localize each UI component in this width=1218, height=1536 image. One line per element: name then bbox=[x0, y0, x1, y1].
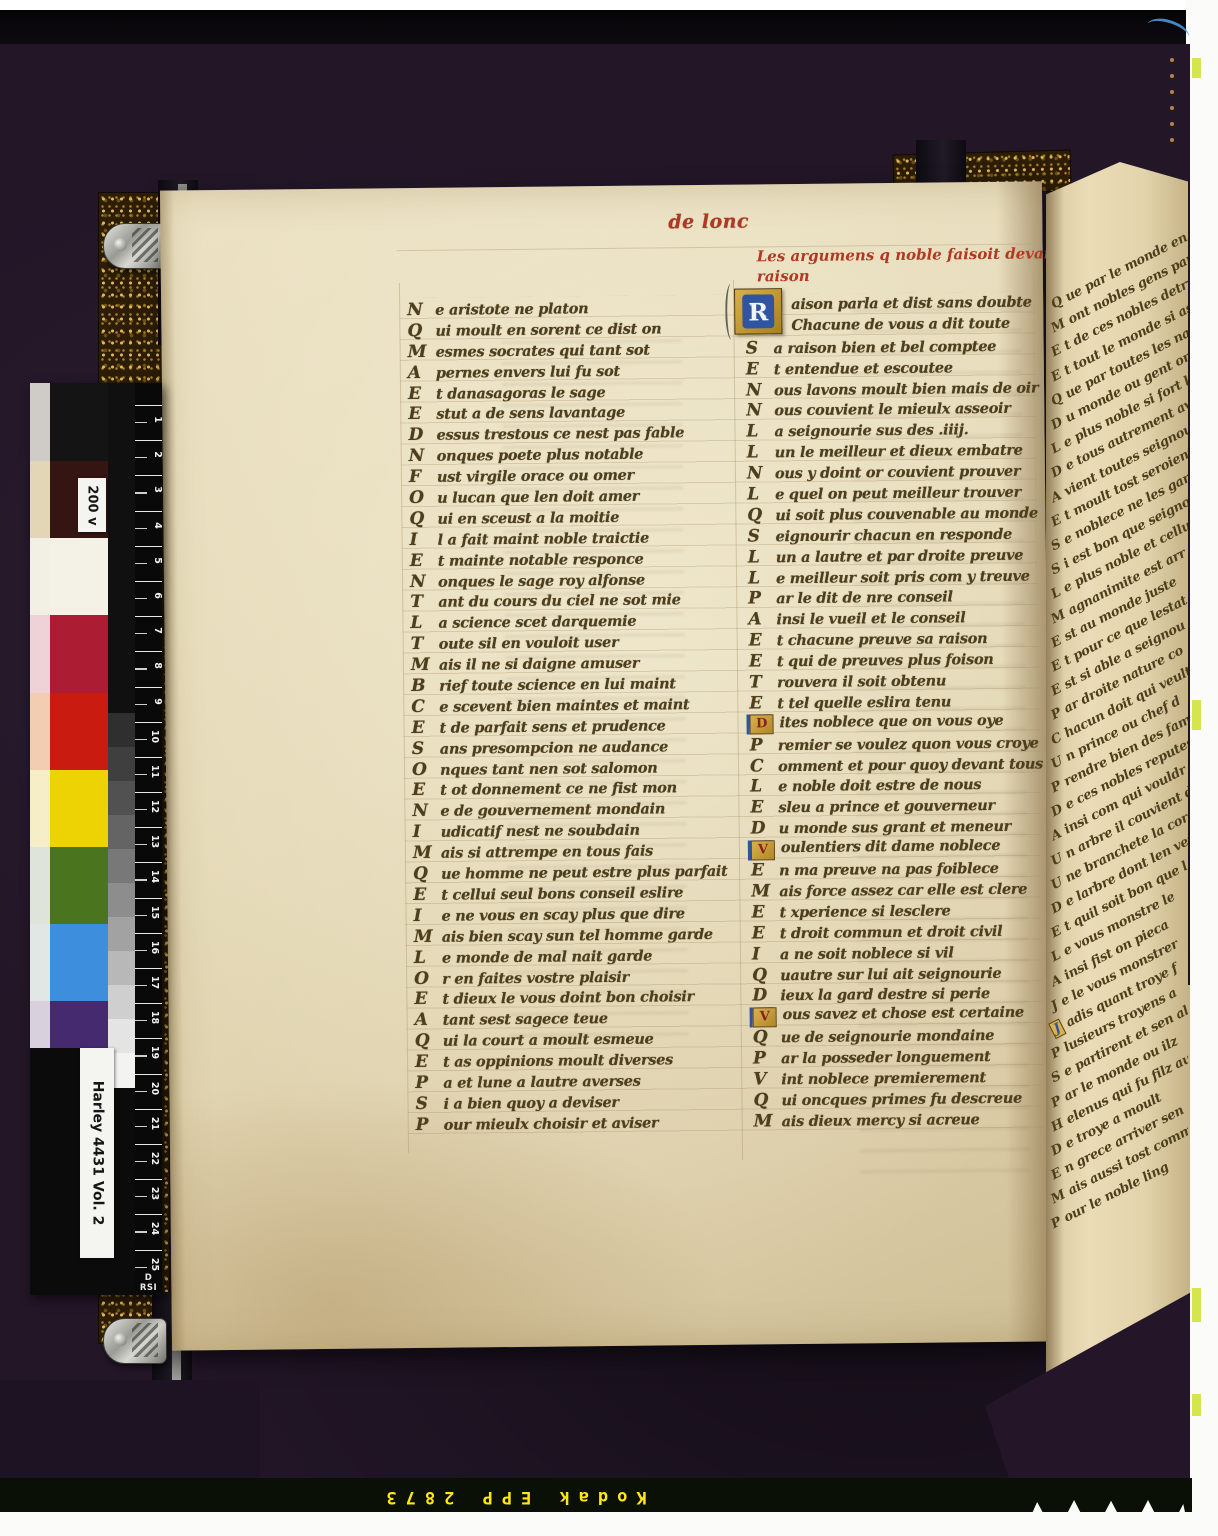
color-patch bbox=[50, 383, 108, 461]
ruler-tick: 22 bbox=[135, 1144, 162, 1179]
line-text: ais si attrempe en tous fais bbox=[441, 843, 653, 862]
line-initial: V bbox=[753, 1007, 777, 1027]
ruler-number: 14 bbox=[149, 870, 160, 883]
line-initial: L bbox=[747, 442, 775, 462]
line-initial: Q bbox=[753, 1090, 781, 1110]
line-text: e de gouvernement mondain bbox=[440, 801, 665, 820]
ruler-number: 6 bbox=[152, 592, 163, 599]
line-text: ui moult en sorent ce dist on bbox=[435, 320, 661, 339]
line-text: t mainte notable responce bbox=[438, 550, 644, 569]
line-text: t cellui seul bons conseil eslire bbox=[441, 884, 683, 904]
line-text: ar le dit de nre conseil bbox=[776, 589, 953, 608]
line-text: t tel quelle eslira tenu bbox=[777, 693, 951, 712]
grayscale-patch bbox=[108, 747, 135, 781]
grayscale-patch bbox=[108, 383, 135, 713]
line-text: rief toute science en lui maint bbox=[439, 675, 676, 694]
ruler-tick: 7 bbox=[135, 616, 162, 651]
line-initial: Q bbox=[413, 864, 441, 884]
grayscale-patch bbox=[108, 781, 135, 815]
shelfmark-label: Harley 4431 Vol. 2 bbox=[80, 1048, 114, 1258]
ruler-tick: 18 bbox=[135, 1003, 162, 1038]
ruler-number: 24 bbox=[149, 1222, 160, 1235]
line-text: i a bien quoy a deviser bbox=[443, 1094, 618, 1113]
ruler-tick: 19 bbox=[135, 1038, 162, 1073]
line-initial: V bbox=[753, 1069, 781, 1089]
line-text: remier se voulez quon vous croye bbox=[778, 734, 1039, 754]
backdrop-pin bbox=[1170, 106, 1174, 110]
line-initial: I bbox=[413, 906, 441, 926]
line-text: ui en sceust a la moitie bbox=[437, 509, 619, 528]
line-initial: L bbox=[748, 547, 776, 567]
running-title: de lonc bbox=[668, 210, 749, 233]
ruler-number: 15 bbox=[149, 906, 160, 919]
line-text: ans presompcion ne audance bbox=[440, 738, 668, 757]
backdrop-pin bbox=[1170, 90, 1174, 94]
color-patch bbox=[30, 693, 50, 770]
line-text: esmes socrates qui tant sot bbox=[436, 341, 650, 360]
color-patch bbox=[30, 383, 50, 461]
line-text: un le meilleur et dieux embatre bbox=[775, 442, 1023, 462]
line-text: l a fait maint noble traictie bbox=[438, 529, 650, 548]
line-initial: D bbox=[749, 715, 773, 735]
line-text: t chacune preuve sa raison bbox=[777, 630, 988, 649]
line-initial: A bbox=[748, 610, 776, 630]
color-patch bbox=[30, 1001, 50, 1048]
ruler-number: 5 bbox=[152, 557, 163, 564]
line-initial: E bbox=[408, 383, 436, 403]
film-edge-marking bbox=[1192, 1394, 1201, 1416]
ruler-number: 9 bbox=[152, 698, 163, 705]
line-initial: M bbox=[413, 843, 441, 863]
film-edge-top bbox=[0, 10, 1218, 46]
ruler-tick: 2 bbox=[135, 440, 162, 475]
line-text: eignourir chacun en responde bbox=[776, 526, 1013, 545]
ruler-tick: 5 bbox=[135, 546, 162, 581]
line-initial: N bbox=[746, 380, 774, 400]
ruler-tick: 12 bbox=[135, 792, 162, 827]
line-initial: E bbox=[750, 798, 778, 818]
line-initial: Q bbox=[415, 1031, 443, 1051]
line-initial: A bbox=[408, 362, 436, 382]
line-initial: S bbox=[746, 338, 774, 358]
ruler-number: 7 bbox=[152, 627, 163, 634]
line-text: ui oncques primes fu descreue bbox=[781, 1090, 1022, 1110]
rubric-line: raison bbox=[757, 263, 1067, 286]
line-initial: P bbox=[750, 735, 778, 755]
color-patch bbox=[30, 770, 50, 847]
line-initial: E bbox=[408, 404, 436, 424]
chapter-rubric: Les argumens q noble faisoit devant rais… bbox=[757, 243, 1067, 286]
line-initial: E bbox=[749, 693, 777, 713]
line-initial: E bbox=[751, 902, 779, 922]
ruler-number: 18 bbox=[149, 1011, 160, 1024]
ruler-tick: 24 bbox=[135, 1214, 162, 1249]
line-text: oute sil en vouloit user bbox=[439, 634, 619, 653]
line-initial: Q bbox=[409, 509, 437, 529]
line-initial: P bbox=[748, 589, 776, 609]
color-patch bbox=[50, 847, 108, 924]
line-initial: E bbox=[751, 860, 779, 880]
ruler-tick: 8 bbox=[135, 651, 162, 686]
grayscale-patch bbox=[108, 951, 135, 985]
ruler-number: 2 bbox=[152, 451, 163, 458]
line-initial: E bbox=[415, 1052, 443, 1072]
line-text: a raison bien et bel comptee bbox=[774, 338, 997, 357]
line-text: udicatif nest ne soubdain bbox=[441, 822, 640, 841]
line-text: oulentiers dit dame noblece bbox=[781, 837, 1001, 856]
line-text: u lucan que len doit amer bbox=[437, 488, 639, 507]
line-initial: N bbox=[407, 300, 435, 320]
ruler-number: 25 bbox=[149, 1257, 160, 1270]
line-text: Chacune de vous a dit toute bbox=[791, 315, 1010, 334]
line-text: e aristote ne platon bbox=[435, 300, 588, 319]
ruler-number: 12 bbox=[149, 800, 160, 813]
ruler-footer-label: D RSI bbox=[135, 1273, 162, 1293]
ruler-number: 1 bbox=[152, 416, 163, 423]
line-initial: M bbox=[408, 342, 436, 362]
line-initial: E bbox=[411, 718, 439, 738]
line-initial: P bbox=[753, 1048, 781, 1068]
line-text: ous y doint or couvient prouver bbox=[775, 463, 1021, 483]
ruler-number: 19 bbox=[149, 1046, 160, 1059]
line-text: sleu a prince et gouverneur bbox=[778, 797, 994, 816]
line-initial: Q bbox=[753, 1027, 781, 1047]
ruler-tick: 21 bbox=[135, 1109, 162, 1144]
color-patch bbox=[50, 1001, 108, 1048]
line-initial: L bbox=[746, 422, 774, 442]
film-edge-marking bbox=[1192, 700, 1201, 730]
backdrop-pin bbox=[1170, 138, 1174, 142]
line-text: stut a de sens lavantage bbox=[436, 404, 625, 423]
line-initial: S bbox=[747, 526, 775, 546]
ruler-tick: 1 bbox=[135, 405, 162, 440]
ruler-tick: 15 bbox=[135, 898, 162, 933]
line-initial: E bbox=[749, 651, 777, 671]
color-patch bbox=[50, 770, 108, 847]
line-text: ue homme ne peut estre plus parfait bbox=[441, 863, 728, 883]
text-column-right: aison parla et dist sans doubte Chacune … bbox=[745, 293, 1047, 1132]
line-initial: E bbox=[410, 550, 438, 570]
line-text: ous lavons moult bien mais de oir bbox=[774, 379, 1038, 399]
line-initial: M bbox=[754, 1111, 782, 1131]
line-text: t danasagoras le sage bbox=[436, 384, 605, 403]
grayscale-patch bbox=[108, 815, 135, 849]
line-initial: L bbox=[410, 613, 438, 633]
ruler-tick: 16 bbox=[135, 933, 162, 968]
line-text: ar la posseder longuement bbox=[781, 1048, 991, 1067]
metal-clip-top bbox=[103, 223, 167, 269]
ruler-number: 8 bbox=[152, 663, 163, 670]
film-edge-marking bbox=[1192, 1288, 1201, 1322]
calibration-pale-column bbox=[30, 383, 50, 1295]
color-patch bbox=[50, 924, 108, 1001]
line-text: u monde sus grant et meneur bbox=[779, 818, 1011, 837]
line-initial: C bbox=[411, 697, 439, 717]
line-text: ais bien scay sun tel homme garde bbox=[442, 926, 713, 946]
line-initial: L bbox=[750, 777, 778, 797]
line-initial: L bbox=[414, 947, 442, 967]
line-initial: T bbox=[411, 634, 439, 654]
ruler-number: 20 bbox=[149, 1081, 160, 1094]
line-initial: E bbox=[412, 780, 440, 800]
line-text: tant sest sagece teue bbox=[443, 1010, 608, 1029]
ruler-number: 17 bbox=[149, 976, 160, 989]
line-text: e monde de mal nait garde bbox=[442, 947, 652, 966]
manuscript-page-facing: Que par le monde en touMont nobles gens … bbox=[1046, 162, 1188, 1464]
line-text: e scevent bien maintes et maint bbox=[439, 696, 689, 716]
ruler-number: 3 bbox=[152, 487, 163, 494]
ruler-tick: 9 bbox=[135, 687, 162, 722]
ruler-tick: 6 bbox=[135, 581, 162, 616]
line-text: a ne soit noblece si vil bbox=[780, 944, 954, 963]
line-initial: M bbox=[414, 926, 442, 946]
ruler-tick: 20 bbox=[135, 1074, 162, 1109]
line-initial: N bbox=[412, 801, 440, 821]
line-initial: P bbox=[416, 1114, 444, 1134]
ruler-tick: 4 bbox=[135, 511, 162, 546]
line-text: ieux la gard destre si perie bbox=[780, 985, 990, 1004]
line-initial: M bbox=[411, 655, 439, 675]
line-initial: I bbox=[413, 822, 441, 842]
line-initial: O bbox=[412, 759, 440, 779]
ruler-tick: 14 bbox=[135, 862, 162, 897]
ruler-number: 16 bbox=[149, 941, 160, 954]
line-text: omment et pour quoy devant tous bbox=[778, 755, 1043, 775]
line-initial: S bbox=[415, 1094, 443, 1114]
line-initial: N bbox=[409, 446, 437, 466]
ruler-scale: 1234567891011121314151617181920212223242… bbox=[135, 405, 162, 1285]
film-stock-label: Kodak EPP 2873 bbox=[292, 1482, 732, 1512]
line-initial: C bbox=[750, 756, 778, 776]
line-text: a seignourie sus des .iiij. bbox=[774, 422, 968, 441]
line-text: insi le vueil et le conseil bbox=[776, 610, 965, 629]
line-text: t as oppinions moult diverses bbox=[443, 1051, 673, 1070]
line-initial: N bbox=[747, 463, 775, 483]
line-text: nques tant nen sot salomon bbox=[440, 759, 658, 778]
line-text: t droit commun et droit civil bbox=[780, 923, 1003, 942]
line-text: essus trestous ce nest pas fable bbox=[436, 425, 684, 445]
line-text: un a lautre et par droite preuve bbox=[776, 546, 1024, 566]
line-initial: I bbox=[410, 530, 438, 550]
line-text: a science scet darquemie bbox=[438, 613, 636, 632]
grayscale-patch bbox=[108, 713, 135, 747]
line-initial: S bbox=[412, 738, 440, 758]
line-text: ous savez et chose est certaine bbox=[783, 1004, 1024, 1024]
line-initial: E bbox=[746, 359, 774, 379]
color-patch bbox=[50, 693, 108, 770]
line-initial: E bbox=[414, 989, 442, 1009]
line-text: ais force assez car elle est clere bbox=[779, 881, 1027, 901]
color-patch bbox=[50, 615, 108, 693]
ruler-tick: 17 bbox=[135, 968, 162, 1003]
line-initial: B bbox=[411, 676, 439, 696]
line-initial: D bbox=[752, 986, 780, 1006]
line-text: ais dieux mercy si acreue bbox=[782, 1111, 980, 1130]
ruler-tick: 3 bbox=[135, 475, 162, 510]
line-text: e ne vous en scay plus que dire bbox=[441, 905, 684, 925]
text-column-left: Ne aristote ne platon Qui moult en soren… bbox=[407, 297, 730, 1136]
calibration-ruler: 1234567891011121314151617181920212223242… bbox=[135, 383, 162, 1295]
ruler-number: 10 bbox=[149, 730, 160, 743]
line-initial: D bbox=[408, 425, 436, 445]
line-text: t entendue et escoutee bbox=[774, 359, 953, 378]
line-initial: N bbox=[746, 401, 774, 421]
color-calibration-strip: 1234567891011121314151617181920212223242… bbox=[30, 383, 162, 1295]
line-text: int noblece premierement bbox=[781, 1069, 986, 1088]
backdrop-pin bbox=[1170, 122, 1174, 126]
line-initial: A bbox=[415, 1010, 443, 1030]
ruler-number: 13 bbox=[149, 835, 160, 848]
manuscript-photograph: de lonc Les argumens q noble faisoit dev… bbox=[0, 0, 1218, 1536]
ruler-tick: 23 bbox=[135, 1179, 162, 1214]
film-margin-right bbox=[1186, 0, 1218, 1536]
line-text: onques poete plus notable bbox=[437, 446, 644, 465]
line-initial: O bbox=[414, 968, 442, 988]
line-text: e quel on peut meilleur trouver bbox=[775, 484, 1021, 504]
folio-number-label: 200 v bbox=[78, 478, 106, 532]
backdrop-pin bbox=[1170, 74, 1174, 78]
line-text: rouvera il soit obtenu bbox=[777, 672, 946, 691]
line-initial: F bbox=[409, 467, 437, 487]
color-patch bbox=[30, 538, 50, 615]
ruler-number: 4 bbox=[152, 522, 163, 529]
line-initial: D bbox=[751, 818, 779, 838]
line-initial: L bbox=[747, 484, 775, 504]
film-edge-marking bbox=[1192, 58, 1201, 78]
line-initial: E bbox=[752, 923, 780, 943]
grayscale-patch bbox=[108, 883, 135, 917]
verse-line: Mais dieux mercy si acreue bbox=[754, 1108, 1047, 1132]
line-initial: E bbox=[413, 885, 441, 905]
verse-line: Pour mieulx choisir et aviser bbox=[416, 1111, 731, 1135]
line-text: n ma preuve na pas foiblece bbox=[779, 860, 999, 879]
line-text: ui soit plus couvenable au monde bbox=[775, 504, 1038, 524]
line-text: onques le sage roy alfonse bbox=[438, 571, 645, 590]
color-patch bbox=[30, 461, 50, 538]
line-text: t qui de preuves plus foison bbox=[777, 651, 994, 670]
line-initial: N bbox=[410, 571, 438, 591]
line-initial: Q bbox=[747, 505, 775, 525]
manuscript-page-left: de lonc Les argumens q noble faisoit dev… bbox=[160, 181, 1054, 1350]
backdrop-pin bbox=[1170, 58, 1174, 62]
line-initial: L bbox=[748, 568, 776, 588]
grayscale-patch bbox=[108, 985, 135, 1019]
line-text: our mieulx choisir et aviser bbox=[444, 1114, 659, 1133]
ruler-tick: 11 bbox=[135, 757, 162, 792]
line-text: ust virgile orace ou omer bbox=[437, 467, 634, 486]
line-text: t ot donnement ce ne fist mon bbox=[440, 780, 677, 799]
line-text: t de parfait sens et prudence bbox=[440, 717, 666, 736]
line-text: r en faites vostre plaisir bbox=[442, 968, 629, 987]
line-text: ant du cours du ciel ne sot mie bbox=[438, 592, 680, 612]
line-initial: O bbox=[409, 488, 437, 508]
line-initial: Q bbox=[752, 965, 780, 985]
line-text: e meilleur soit pris com y treuve bbox=[776, 567, 1030, 587]
color-patch bbox=[30, 847, 50, 924]
line-text: ais il ne si daigne amuser bbox=[439, 655, 639, 674]
line-initial: T bbox=[749, 672, 777, 692]
color-patch bbox=[50, 538, 108, 615]
grayscale-patch bbox=[108, 849, 135, 883]
line-text: ui la court a moult esmeue bbox=[443, 1031, 654, 1050]
color-patch bbox=[30, 615, 50, 693]
backdrop-fabric-bottom-left bbox=[0, 1380, 260, 1480]
line-initial: T bbox=[410, 592, 438, 612]
line-initial: Q bbox=[407, 321, 435, 341]
color-patch bbox=[30, 924, 50, 1001]
ruler-number: 23 bbox=[149, 1187, 160, 1200]
ruler-number: 21 bbox=[149, 1117, 160, 1130]
metal-clip-bottom bbox=[103, 1318, 167, 1364]
line-text: ous couvient le mieulx asseoir bbox=[774, 400, 1010, 419]
line-initial: E bbox=[749, 630, 777, 650]
line-text: aison parla et dist sans doubte bbox=[791, 294, 1032, 314]
ruler-tick: 10 bbox=[135, 722, 162, 757]
ruler-tick: 13 bbox=[135, 827, 162, 862]
line-text: t xperience si lesclere bbox=[779, 902, 950, 921]
grayscale-patch bbox=[108, 917, 135, 951]
line-text: uautre sur lui ait seignourie bbox=[780, 964, 1001, 983]
line-text: e noble doit estre de nous bbox=[778, 777, 981, 796]
line-initial: M bbox=[751, 881, 779, 901]
line-initial: I bbox=[752, 944, 780, 964]
ruler-number: 11 bbox=[149, 765, 160, 778]
rubric-line: Les argumens q noble faisoit devant bbox=[757, 243, 1067, 266]
line-text: t dieux le vous doint bon choisir bbox=[442, 988, 694, 1008]
line-text: a et lune a lautre averses bbox=[443, 1073, 640, 1092]
line-text: ue de seignourie mondaine bbox=[781, 1027, 994, 1046]
line-text: ites noblece que on vous oye bbox=[779, 712, 1003, 731]
line-text: pernes envers lui fu sot bbox=[436, 363, 620, 382]
line-initial: P bbox=[415, 1073, 443, 1093]
ruler-number: 22 bbox=[149, 1152, 160, 1165]
line-initial: V bbox=[751, 840, 775, 860]
